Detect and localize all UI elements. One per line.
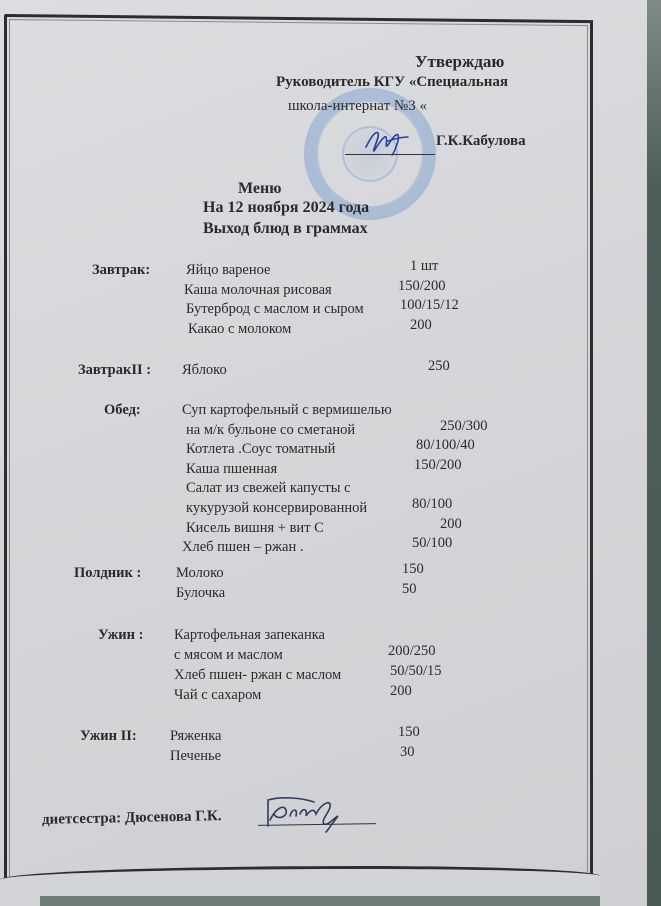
background-surface <box>647 0 661 906</box>
dish-quantity: 150/200 <box>414 457 462 474</box>
dish-quantity: 200 <box>410 317 432 334</box>
dish-name: Котлета .Соус томатный <box>186 441 335 458</box>
dish-name: Каша пшенная <box>186 461 277 478</box>
menu-date: На 12 ноября 2024 года <box>203 199 369 217</box>
dish-name: на м/к бульоне со сметаной <box>186 422 355 439</box>
meal-label: Ужин II: <box>80 728 137 745</box>
dish-quantity: 100/15/12 <box>400 297 459 314</box>
dish-name: Хлеб пшен – ржан . <box>182 539 303 556</box>
dish-quantity: 150 <box>402 561 424 578</box>
dish-name: Булочка <box>176 585 225 602</box>
background-bottom <box>40 896 600 906</box>
dish-name: с мясом и маслом <box>174 647 283 664</box>
dish-quantity: 50/50/15 <box>390 663 442 680</box>
dish-name: Бутерброд с маслом и сыром <box>186 301 364 318</box>
dish-name: Яблоко <box>182 362 227 379</box>
dish-name: Кисель вишня + вит С <box>186 520 324 537</box>
dish-quantity: 200 <box>390 683 412 700</box>
dish-quantity: 30 <box>400 744 415 761</box>
dish-quantity: 80/100 <box>412 496 452 513</box>
dish-quantity: 150 <box>398 724 420 741</box>
dietitian-signature-icon <box>262 790 356 834</box>
dish-name: Чай с сахаром <box>174 687 261 704</box>
meal-label: Обед: <box>104 402 141 419</box>
dish-name: Молоко <box>176 565 224 582</box>
dish-name: Салат из свежей капусты с <box>186 480 351 497</box>
dish-name: Ряженка <box>170 728 221 745</box>
dish-quantity: 80/100/40 <box>416 437 475 454</box>
dish-name: Какао с молоком <box>188 321 291 338</box>
approval-title: Утверждаю <box>415 52 504 72</box>
dish-quantity: 200 <box>440 516 462 533</box>
dish-quantity: 50 <box>402 581 417 598</box>
menu-title: Меню <box>238 180 281 198</box>
dish-quantity: 1 шт <box>410 258 438 275</box>
dish-name: кукурузой консервированной <box>186 500 367 517</box>
dish-quantity: 200/250 <box>388 643 436 660</box>
approval-organization: школа-интернат №3 « <box>288 98 427 115</box>
meal-label: Ужин : <box>98 627 143 644</box>
dish-quantity: 50/100 <box>412 535 452 552</box>
approval-name: Г.К.Кабулова <box>436 133 526 150</box>
director-signature-icon <box>362 125 412 157</box>
dish-name: Каша молочная рисовая <box>184 282 332 299</box>
dish-name: Печенье <box>170 748 221 765</box>
dish-name: Картофельная запеканка <box>174 627 325 644</box>
dish-quantity: 150/200 <box>398 278 446 295</box>
dish-name: Хлеб пшен- ржан с маслом <box>174 667 341 684</box>
dish-name: Яйцо вареное <box>186 262 270 279</box>
dish-name: Суп картофельный с вермишелью <box>182 402 392 419</box>
meal-label: ЗавтракII : <box>78 362 151 379</box>
menu-subtitle: Выход блюд в граммах <box>203 220 368 238</box>
meal-label: Завтрак: <box>92 262 150 279</box>
dish-quantity: 250 <box>428 358 450 375</box>
dish-quantity: 250/300 <box>440 418 488 435</box>
meal-label: Полдник : <box>74 565 141 582</box>
approval-position: Руководитель КГУ «Специальная <box>276 74 508 91</box>
